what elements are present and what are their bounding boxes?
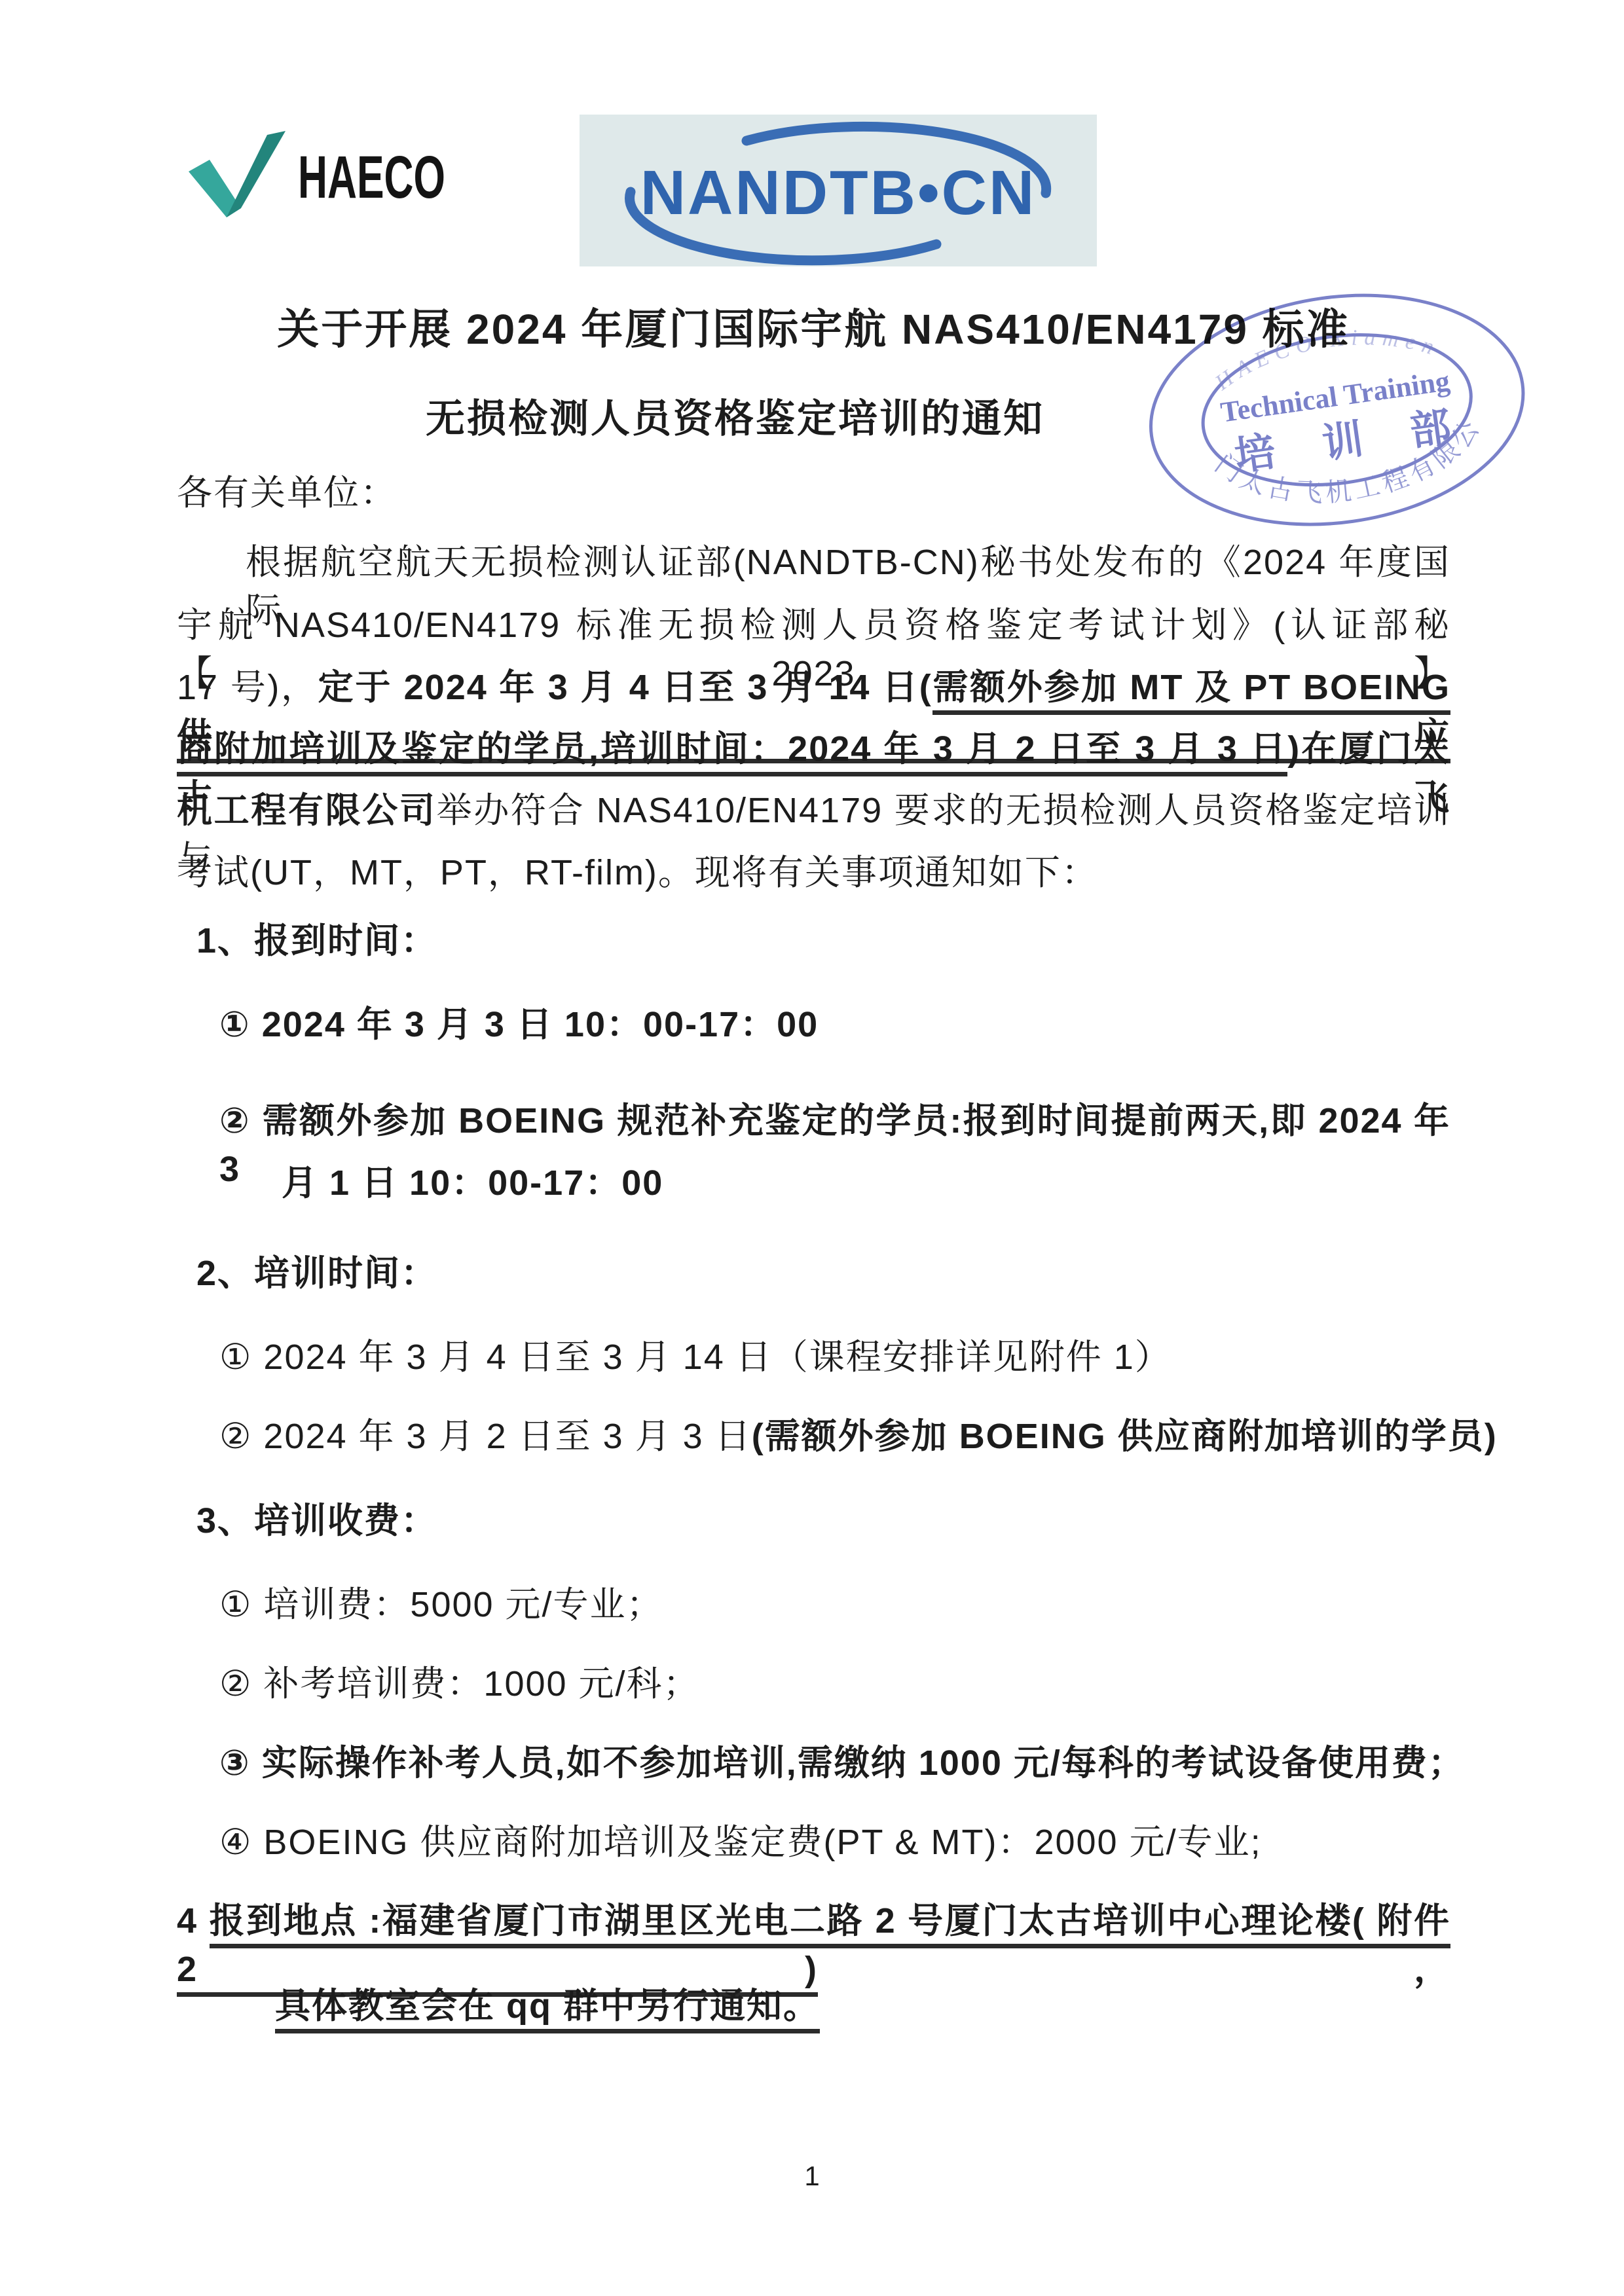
section3-item2: ② 补考培训费：1000 元/科；: [219, 1660, 700, 1708]
section4-number: 4: [177, 1901, 210, 1941]
section1-heading: 1、报到时间：: [196, 917, 437, 965]
technical-training-stamp: HAECO Xiamen 厦门太古飞机工程有限公司 Technical Trai…: [1124, 254, 1550, 568]
haeco-logo: HAECO: [177, 124, 452, 223]
intro-line-6: 考试(UT，MT，PT，RT-film)。现将有关事项通知如下：: [177, 848, 1098, 897]
page-number: 1: [0, 2160, 1624, 2192]
section4-heading-tail: ，: [818, 1950, 1450, 1989]
section1-item1: ① 2024 年 3 月 3 日 10：00-17：00: [219, 1000, 819, 1049]
document-page: HAECO NANDTB•CN 关于开展 2024 年厦门国际宇航 NAS410…: [0, 0, 1624, 2296]
section4-line1: 4 报到地点 :福建省厦门市湖里区光电二路 2 号厦门太古培训中心理论楼( 附件…: [177, 1897, 1450, 1994]
section3-item1: ① 培训费：5000 元/专业；: [219, 1580, 663, 1629]
salutation: 各有关单位：: [177, 469, 397, 517]
section2-item2-bold: (需额外参加 BOEING 供应商附加培训的学员): [752, 1417, 1498, 1456]
section1-item2-line2: 月 1 日 10：00-17：00: [282, 1159, 663, 1207]
section2-item2: ② 2024 年 3 月 2 日至 3 月 3 日(需额外参加 BOEING 供…: [219, 1412, 1498, 1461]
haeco-check-icon: [189, 131, 286, 217]
intro-line-3-plain: 17 号)，: [177, 668, 318, 707]
section4-line2-underlined: 具体教室会在 qq 群中另行通知。: [275, 1986, 820, 2033]
haeco-logo-text: HAECO: [298, 144, 445, 211]
intro-line-4-underlined: 商附加培训及鉴定的学员,培训时间：2024 年 3 月 2 日至 3 月 3 日: [177, 729, 1287, 776]
section2-item1: ① 2024 年 3 月 4 日至 3 月 14 日（课程安排详见附件 1）: [219, 1333, 1172, 1381]
section3-item3: ③ 实际操作补考人员,如不参加培训,需缴纳 1000 元/每科的考试设备使用费；: [219, 1739, 1465, 1787]
section2-heading: 2、培训时间：: [196, 1249, 437, 1298]
nandtb-logo-text: NANDTB•CN: [640, 158, 1037, 228]
intro-line-3-bold: 定于 2024 年 3 月 4 日至 3 月 14 日(: [318, 668, 932, 707]
section2-item2-plain: ② 2024 年 3 月 2 日至 3 月 3 日: [219, 1417, 752, 1456]
section3-item4: ④ BOEING 供应商附加培训及鉴定费(PT & MT)：2000 元/专业;: [219, 1818, 1262, 1867]
nandtb-logo: NANDTB•CN: [580, 115, 1097, 266]
intro-line-5-bold: 机工程有限公司: [177, 791, 437, 830]
section3-heading: 3、培训收费：: [196, 1497, 437, 1545]
section4-line2: 具体教室会在 qq 群中另行通知。: [275, 1982, 820, 2030]
